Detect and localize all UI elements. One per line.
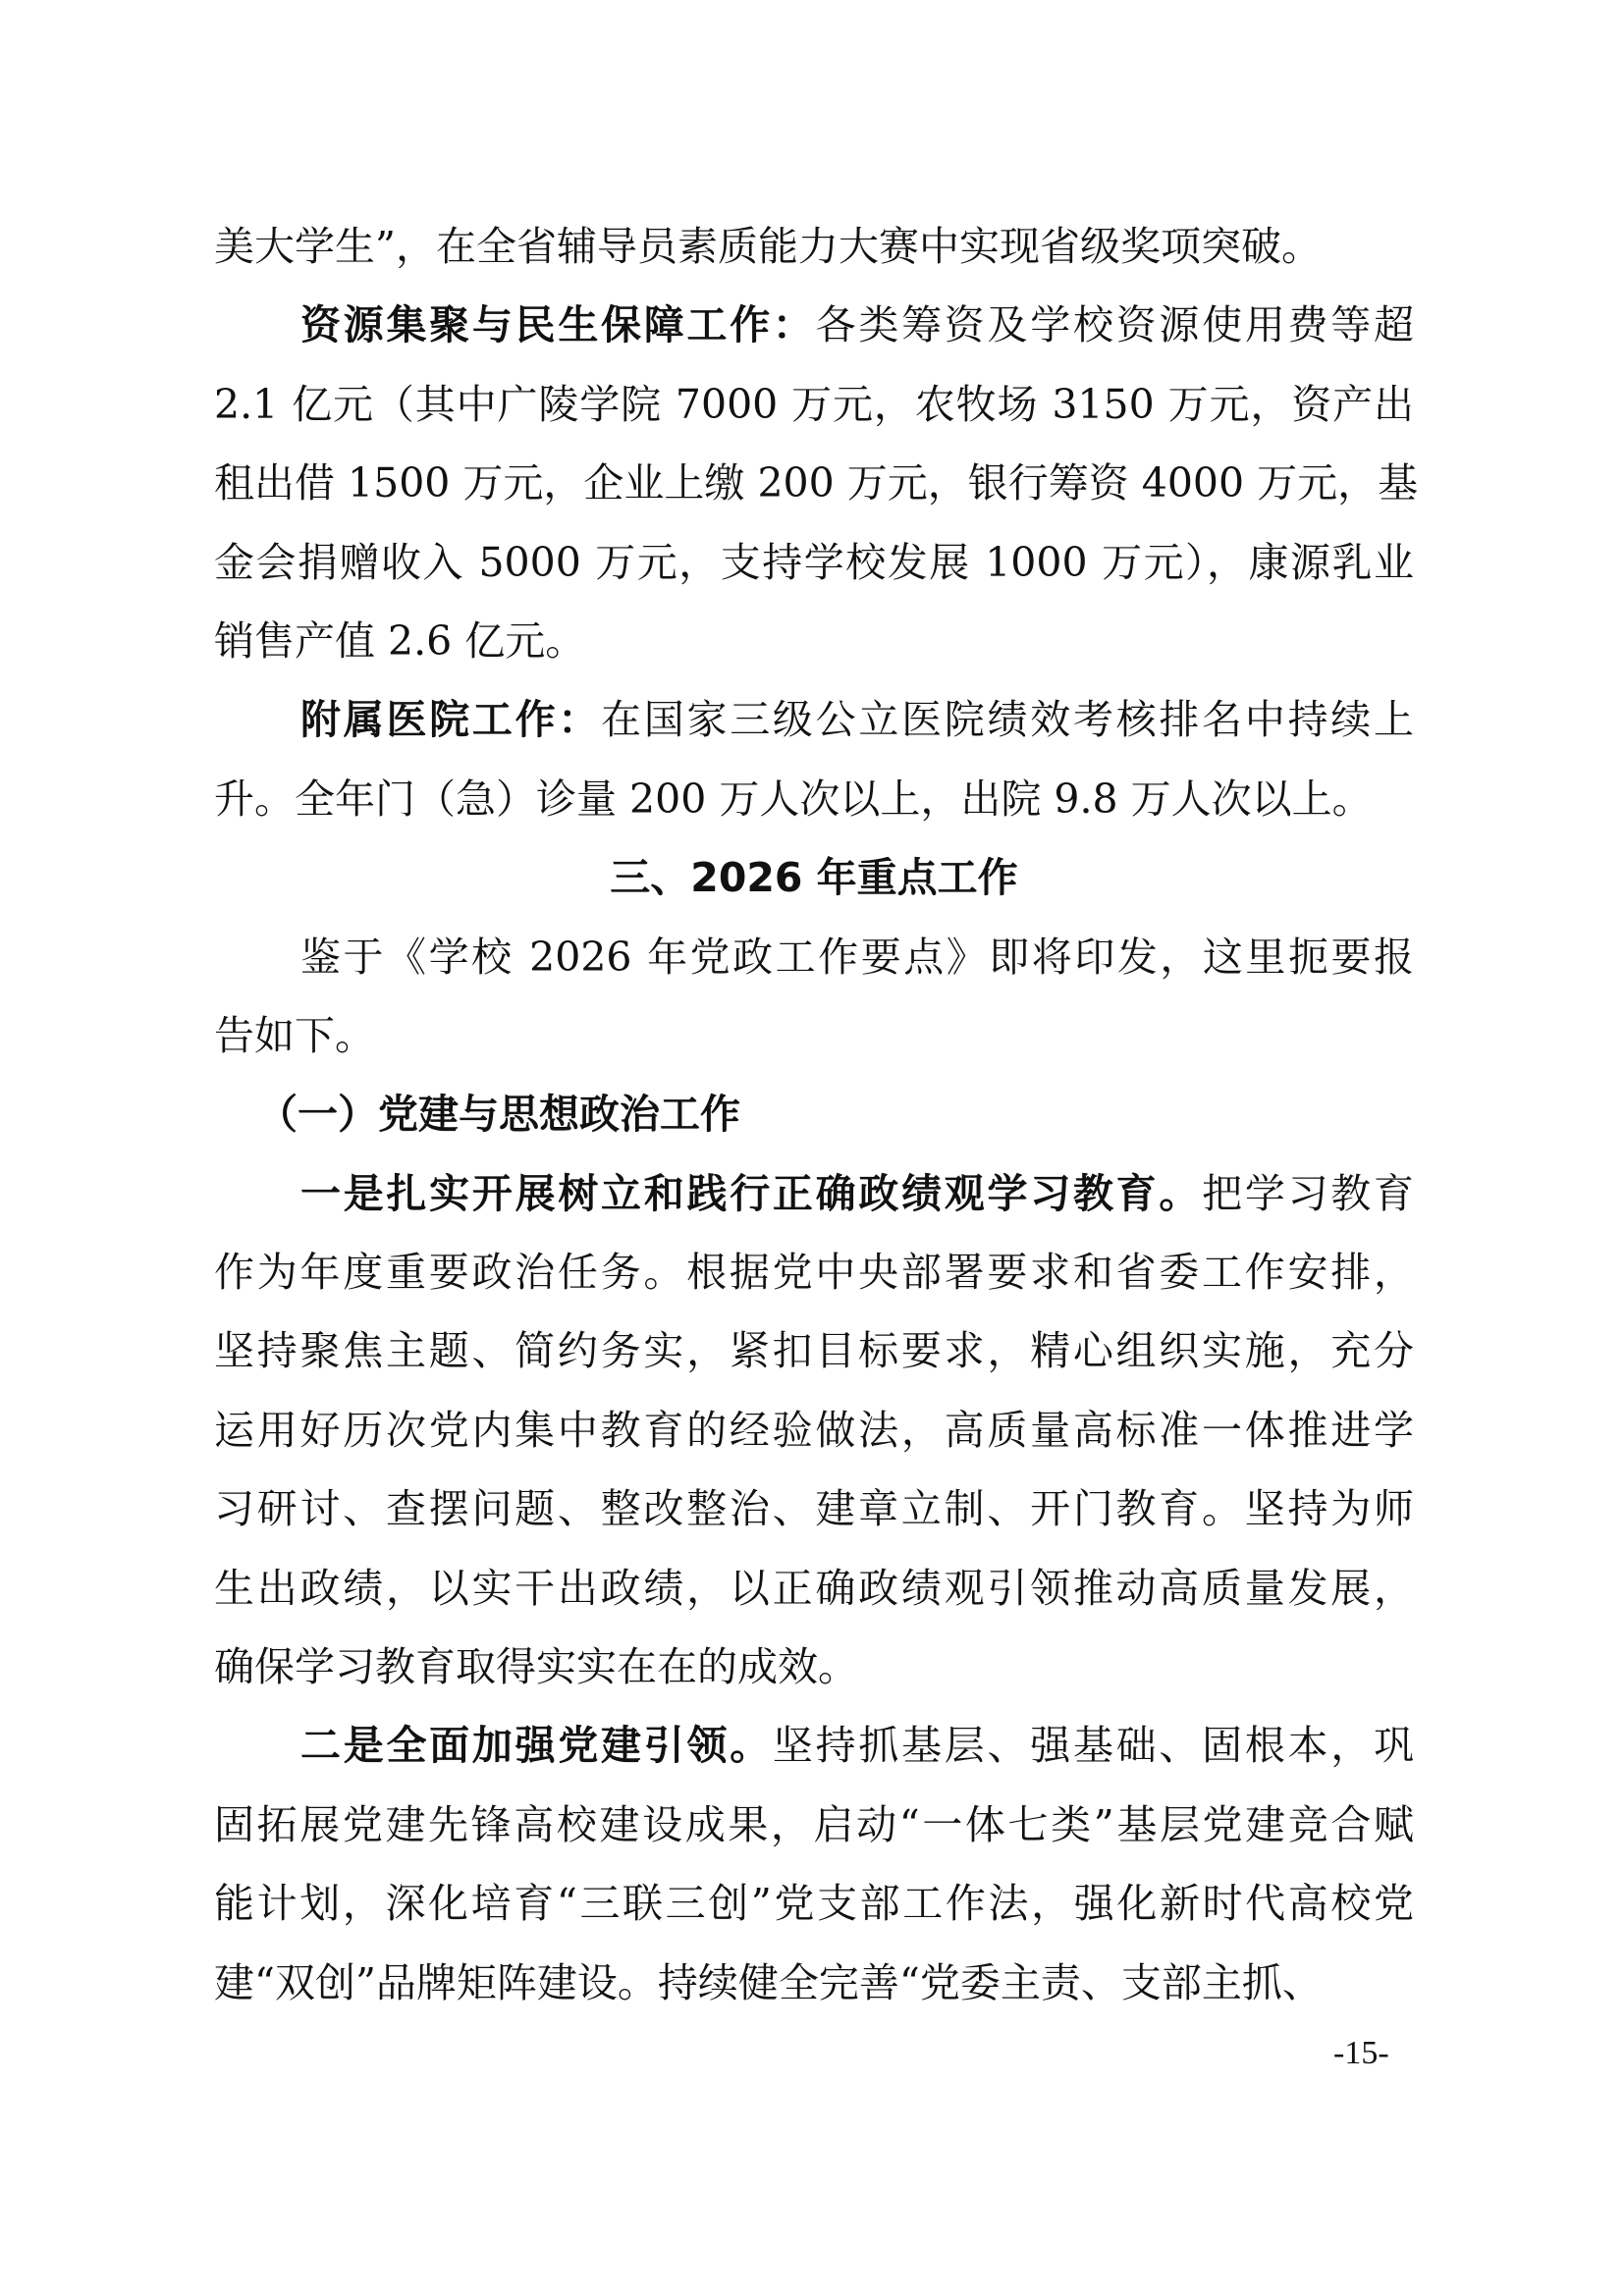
paragraph-line: 租出借 1500 万元，企业上缴 200 万元，银行筹资 4000 万元，基 [214,444,1414,522]
section-heading-text: 三、2026 年重点工作 [610,854,1017,901]
item-lead-two: 二是全面加强党建引领。 [300,1722,773,1769]
body-text: 固拓展党建先锋高校建设成果，启动“一体七类”基层党建竞合赋 [214,1801,1414,1848]
body-text: 确保学习教育取得实实在在的成效。 [214,1643,858,1690]
paragraph-line: 金会捐赠收入 5000 万元，支持学校发展 1000 万元），康源乳业 [214,523,1414,602]
paragraph-line: 美大学生”，在全省辅导员素质能力大赛中实现省级奖项突破。 [214,207,1414,286]
paragraph-line: 升。全年门（急）诊量 200 万人次以上，出院 9.8 万人次以上。 [214,760,1414,838]
body-text: 坚持抓基层、强基础、固根本，巩 [773,1722,1414,1769]
body-text: 作为年度重要政治任务。根据党中央部署要求和省委工作安排， [214,1249,1414,1296]
body-text: 鉴于《学校 2026 年党政工作要点》即将印发，这里扼要报 [300,934,1414,981]
paragraph-line: 告如下。 [214,996,1414,1075]
body-text: 生出政绩，以实干出政绩，以正确政绩观引领推动高质量发展， [214,1565,1414,1612]
paragraph-line: 销售产值 2.6 亿元。 [214,602,1414,680]
subsection-heading-text: （一）党建与思想政治工作 [257,1091,740,1138]
paragraph-line: 确保学习教育取得实实在在的成效。 [214,1628,1414,1706]
page-number: -15- [1333,2035,1389,2072]
paragraph-line: 资源集聚与民生保障工作：各类筹资及学校资源使用费等超 [214,286,1414,364]
section-lead-hospital: 附属医院工作： [300,696,601,743]
section-lead-resources: 资源集聚与民生保障工作： [300,301,816,348]
body-text: 能计划，深化培育“三联三创”党支部工作法，强化新时代高校党 [214,1880,1414,1927]
paragraph-line: 作为年度重要政治任务。根据党中央部署要求和省委工作安排， [214,1233,1414,1311]
paragraph-line: 一是扎实开展树立和践行正确政绩观学习教育。把学习教育 [214,1154,1414,1233]
body-text: 习研讨、查摆问题、整改整治、建章立制、开门教育。坚持为师 [214,1485,1414,1532]
body-text: 美大学生”，在全省辅导员素质能力大赛中实现省级奖项突破。 [214,223,1322,270]
body-text: 各类筹资及学校资源使用费等超 [816,301,1414,348]
body-text: 坚持聚焦主题、简约务实，紧扣目标要求，精心组织实施，充分 [214,1327,1414,1374]
body-text: 金会捐赠收入 5000 万元，支持学校发展 1000 万元），康源乳业 [214,539,1414,586]
body-text: 2.1 亿元（其中广陵学院 7000 万元，农牧场 3150 万元，资产出 [214,381,1414,428]
paragraph-line: 2.1 亿元（其中广陵学院 7000 万元，农牧场 3150 万元，资产出 [214,365,1414,444]
paragraph-line: 生出政绩，以实干出政绩，以正确政绩观引领推动高质量发展， [214,1549,1414,1628]
subsection-heading: （一）党建与思想政治工作 [214,1075,1414,1153]
paragraph-line: 鉴于《学校 2026 年党政工作要点》即将印发，这里扼要报 [214,918,1414,996]
body-text: 在国家三级公立医院绩效考核排名中持续上 [601,696,1414,743]
paragraph-line: 运用好历次党内集中教育的经验做法，高质量高标准一体推进学 [214,1391,1414,1469]
paragraph-line: 坚持聚焦主题、简约务实，紧扣目标要求，精心组织实施，充分 [214,1311,1414,1390]
paragraph-line: 固拓展党建先锋高校建设成果，启动“一体七类”基层党建竞合赋 [214,1786,1414,1864]
body-text: 销售产值 2.6 亿元。 [214,617,585,665]
body-text: 租出借 1500 万元，企业上缴 200 万元，银行筹资 4000 万元，基 [214,459,1418,507]
paragraph-line: 附属医院工作：在国家三级公立医院绩效考核排名中持续上 [214,680,1414,759]
body-text: 告如下。 [214,1012,375,1059]
body-text: 升。全年门（急）诊量 200 万人次以上，出院 9.8 万人次以上。 [214,775,1373,823]
paragraph-line: 建“双创”品牌矩阵建设。持续健全完善“党委主责、支部主抓、 [214,1944,1414,2022]
item-lead-one: 一是扎实开展树立和践行正确政绩观学习教育。 [300,1170,1202,1217]
paragraph-line: 二是全面加强党建引领。坚持抓基层、强基础、固根本，巩 [214,1706,1414,1785]
body-text: 把学习教育 [1202,1170,1414,1217]
document-page: 美大学生”，在全省辅导员素质能力大赛中实现省级奖项突破。 资源集聚与民生保障工作… [214,207,1414,2022]
paragraph-line: 能计划，深化培育“三联三创”党支部工作法，强化新时代高校党 [214,1864,1414,1943]
section-heading: 三、2026 年重点工作 [214,838,1414,917]
body-text: 运用好历次党内集中教育的经验做法，高质量高标准一体推进学 [214,1407,1414,1454]
paragraph-line: 习研讨、查摆问题、整改整治、建章立制、开门教育。坚持为师 [214,1469,1414,1548]
body-text: 建“双创”品牌矩阵建设。持续健全完善“党委主责、支部主抓、 [214,1959,1323,2006]
